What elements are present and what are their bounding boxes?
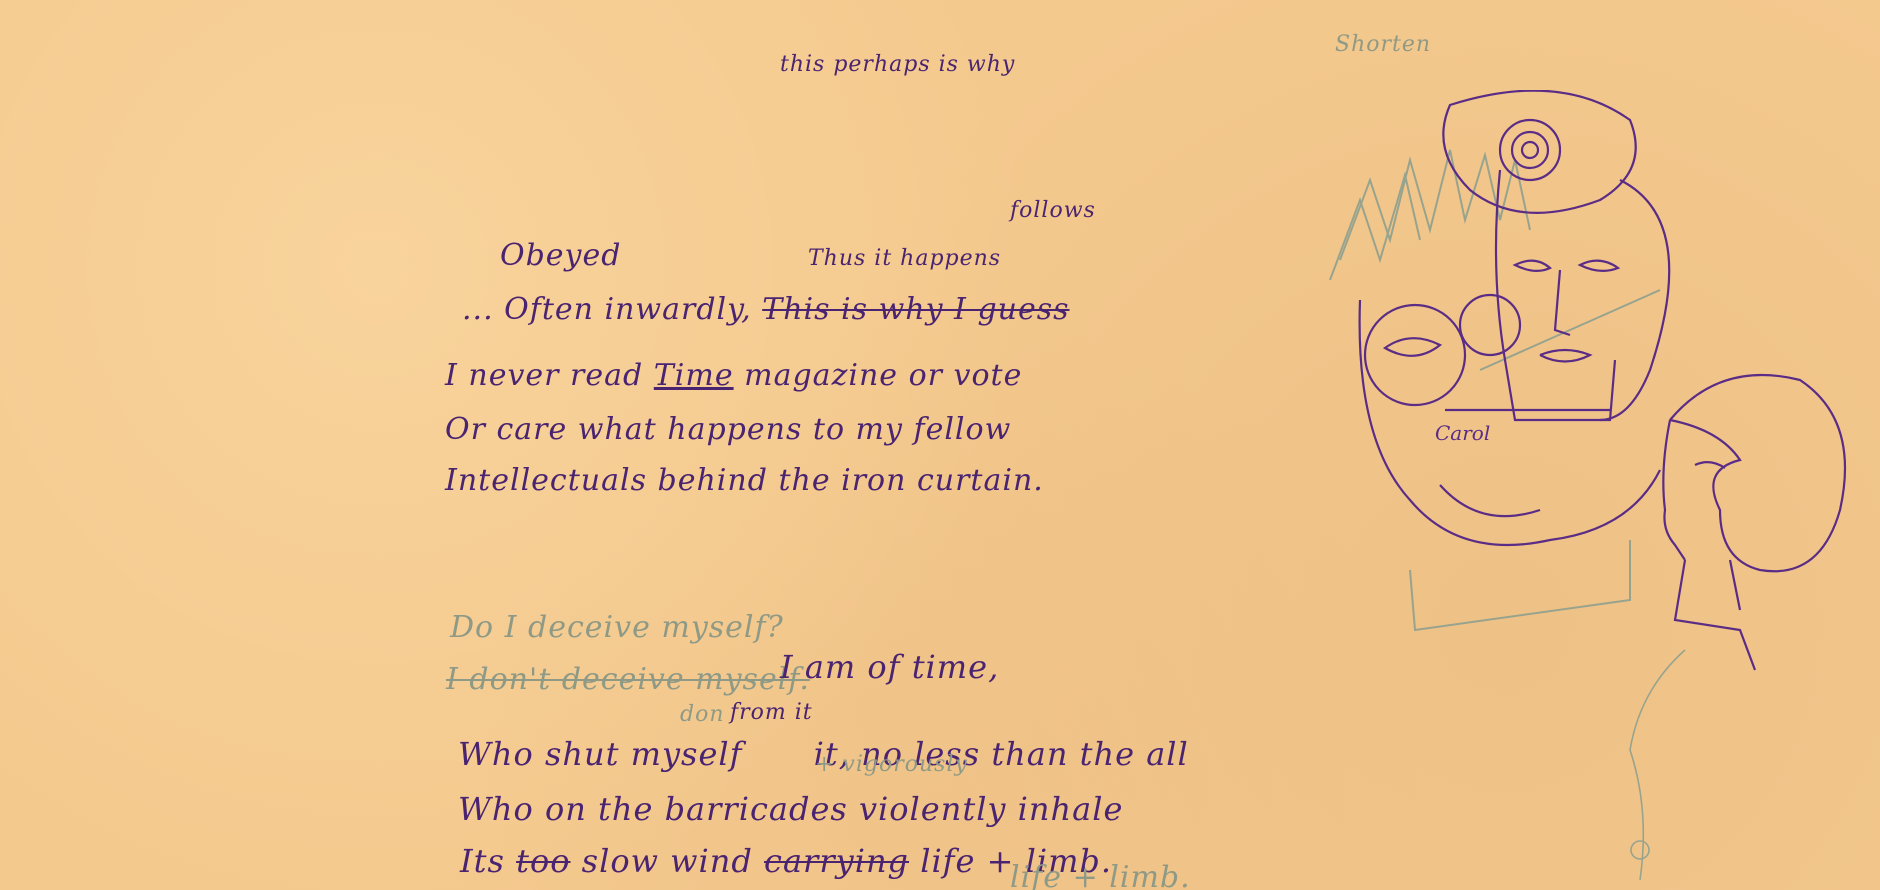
ink-face-sketch — [1360, 91, 1845, 670]
underlined-text: Time — [654, 358, 734, 393]
insert-follows: follows — [1010, 198, 1096, 223]
struck-text: carrying — [764, 842, 909, 880]
sketch-caption: Carol — [1435, 421, 1490, 445]
line-text: magazine or vote — [744, 358, 1022, 393]
insert-pencil: don — [680, 702, 725, 727]
line-text: slow wind — [582, 842, 753, 880]
struck-text: too — [516, 842, 570, 880]
stanza-1-line-2: I never read Time magazine or vote — [445, 358, 1022, 393]
pencil-body-sketch — [1630, 650, 1685, 880]
stanza-2-line-1: I am of time, — [780, 648, 999, 686]
line-text: Its — [460, 842, 505, 880]
insert-ink: from it — [730, 700, 813, 725]
stanza-2-line-3: Who on the barricades violently inhale — [458, 790, 1123, 828]
line-text: ... Often inwardly, — [462, 292, 752, 327]
margin-word: Obeyed — [500, 238, 621, 273]
stanza-1-line-1: ... Often inwardly, This is why I guess — [462, 292, 1070, 327]
stanza-1-line-4: Intellectuals behind the iron curtain. — [445, 463, 1044, 498]
insert-vigorously: + vigorously — [815, 752, 968, 777]
stanza-1-line-3: Or care what happens to my fellow — [445, 412, 1011, 447]
face-sketches: Carol — [1300, 90, 1880, 890]
top-annotation: this perhaps is why — [780, 52, 1015, 77]
insert-line: Thus it happens — [808, 246, 1001, 271]
pencil-question: Do I deceive myself? — [450, 610, 784, 645]
pencil-struck-line: I don't deceive myself. — [446, 662, 810, 697]
manuscript-page: this perhaps is why Shorten follows Obey… — [0, 0, 1880, 890]
line-text: Who shut myself — [458, 735, 742, 773]
line-text: I never read — [445, 358, 643, 393]
shorten-note: Shorten — [1335, 32, 1431, 57]
struck-text: This is why I guess — [762, 292, 1069, 327]
pencil-repeat: life + limb. — [1010, 860, 1191, 890]
